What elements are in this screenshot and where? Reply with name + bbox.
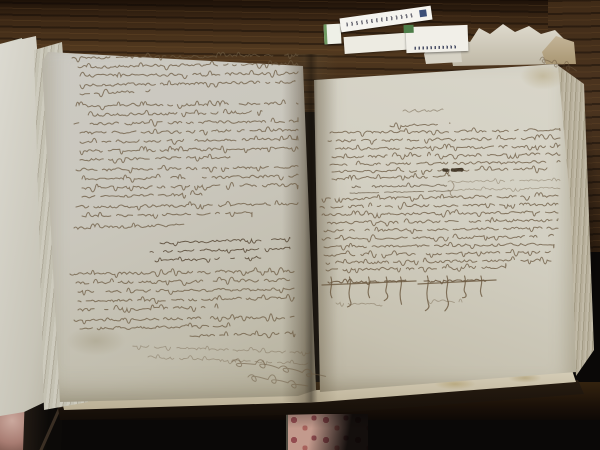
photo-scene [0, 0, 600, 450]
manuscript-right-page [308, 56, 578, 398]
page-stain-top-right [520, 62, 566, 90]
card-micro-print [414, 45, 456, 50]
page-stain-bottom-left [66, 326, 126, 356]
green-edged-tab [323, 24, 341, 45]
green-label [403, 25, 413, 33]
book-gutter-shadow [282, 54, 338, 402]
blue-mark [419, 9, 427, 17]
fabric-shadow [288, 414, 368, 450]
white-card-slip [406, 25, 469, 53]
